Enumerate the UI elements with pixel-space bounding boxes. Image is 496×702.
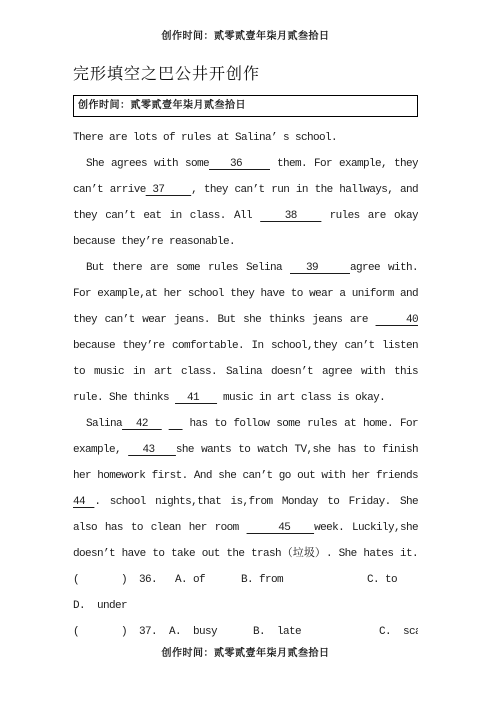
creation-time-footer: 创作时间：贰零贰壹年柒月贰叁拾日 — [73, 647, 418, 661]
blank-37: 37 — [146, 184, 191, 196]
question-options: ( ) 36. A. of B. from C. toD. under( ) 3… — [73, 567, 418, 645]
blank-41: 41 — [175, 392, 217, 404]
text-line: D. under — [73, 593, 418, 619]
page-content: 创作时间：贰零贰壹年柒月贰叁拾日 完形填空之巴公井开创作 创作时间：贰零贰壹年柒… — [0, 0, 496, 661]
text-line: ( ) 37. A. busy B. late C. scary — [73, 619, 418, 645]
cloze-passage: There are lots of rules at Salina’ s sch… — [73, 125, 418, 567]
text-line: they can’t wear jeans. But she thinks je… — [73, 307, 418, 333]
blank-40: 40 — [376, 314, 418, 326]
text-line: because they’re comfortable. In school,t… — [73, 333, 418, 359]
blank-42: 42 — [122, 418, 162, 430]
blank-43: 43 — [128, 444, 176, 456]
text-line: to music in art class. Salina doesn’t ag… — [73, 359, 418, 385]
blank — [169, 418, 183, 430]
text-line: There are lots of rules at Salina’ s sch… — [73, 125, 418, 151]
text-line: her homework first. And she can’t go out… — [73, 463, 418, 489]
text-line: they can’t eat in class. All 38 rules ar… — [73, 203, 418, 229]
text-line: also has to clean her room 45 week. Luck… — [73, 515, 418, 541]
text-line: example, 43 she wants to watch TV,she ha… — [73, 437, 418, 463]
creation-time-boxed-note: 创作时间：贰零贰壹年柒月贰叁拾日 — [73, 95, 418, 117]
text-line: can’t arrive 37 , they can’t run in the … — [73, 177, 418, 203]
blank-36: 36 — [209, 158, 270, 170]
blank-45: 45 — [247, 522, 314, 534]
text-line: But there are some rules Selina 39 agree… — [73, 255, 418, 281]
blank-39: 39 — [290, 262, 350, 274]
text-line: 44 . school nights,that is,from Monday t… — [73, 489, 418, 515]
creation-time-header: 创作时间：贰零贰壹年柒月贰叁拾日 — [73, 30, 418, 44]
text-line: doesn’t have to take out the trash（垃圾）. … — [73, 541, 418, 567]
text-line: Salina 42 has to follow some rules at ho… — [73, 411, 418, 437]
document-page: 创作时间：贰零贰壹年柒月贰叁拾日 完形填空之巴公井开创作 创作时间：贰零贰壹年柒… — [0, 0, 496, 702]
text-line: because they’re reasonable. — [73, 229, 418, 255]
text-line: For example,at her school they have to w… — [73, 281, 418, 307]
blank-38: 38 — [260, 210, 321, 222]
page-title: 完形填空之巴公井开创作 — [73, 61, 418, 87]
text-line: She agrees with some 36 them. For exampl… — [73, 151, 418, 177]
text-line: rule. She thinks 41 music in art class i… — [73, 385, 418, 411]
blank-44: 44 — [73, 496, 94, 508]
text-line: ( ) 36. A. of B. from C. to — [73, 567, 418, 593]
